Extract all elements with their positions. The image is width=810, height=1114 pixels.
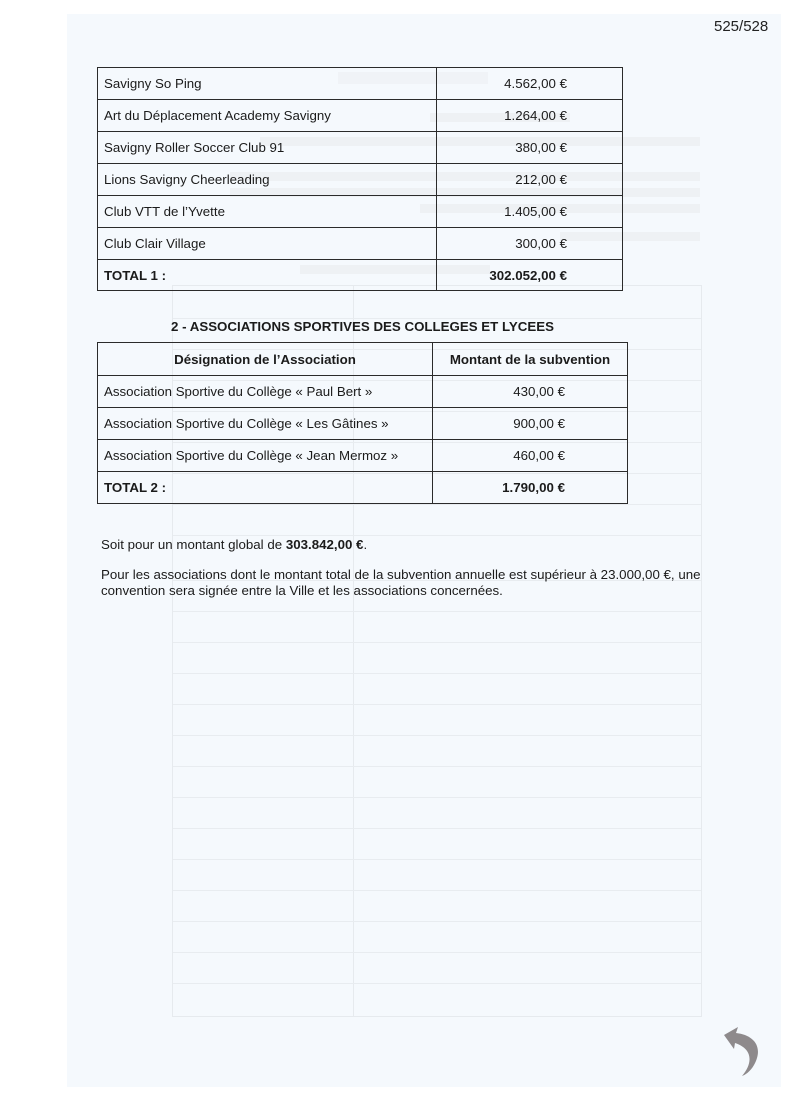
association-name: Savigny Roller Soccer Club 91 [98, 132, 437, 164]
back-arrow-icon[interactable] [720, 1025, 770, 1080]
summary-prefix: Soit pour un montant global de [101, 537, 286, 552]
subsidy-amount: 1.405,00 € [437, 196, 623, 228]
table-row: Art du Déplacement Academy Savigny 1.264… [98, 100, 623, 132]
summary-suffix: . [363, 537, 367, 552]
total-label: TOTAL 1 : [98, 260, 437, 291]
column-header-designation: Désignation de l’Association [98, 343, 433, 376]
association-name: Art du Déplacement Academy Savigny [98, 100, 437, 132]
subsidy-amount: 900,00 € [433, 408, 628, 440]
subsidy-amount: 4.562,00 € [437, 68, 623, 100]
section-title: 2 - ASSOCIATIONS SPORTIVES DES COLLEGES … [97, 319, 628, 334]
subsidy-amount: 380,00 € [437, 132, 623, 164]
subsidy-amount: 1.264,00 € [437, 100, 623, 132]
school-sports-associations-table: Désignation de l’Association Montant de … [97, 342, 628, 504]
page-number: 525/528 [714, 18, 768, 35]
global-amount-sentence: Soit pour un montant global de 303.842,0… [101, 537, 367, 552]
convention-note: Pour les associations dont le montant to… [101, 567, 721, 599]
total-row: TOTAL 1 : 302.052,00 € [98, 260, 623, 291]
total-amount: 1.790,00 € [433, 472, 628, 504]
subsidy-amount: 460,00 € [433, 440, 628, 472]
total-row: TOTAL 2 : 1.790,00 € [98, 472, 628, 504]
association-name: Club Clair Village [98, 228, 437, 260]
total-amount: 302.052,00 € [437, 260, 623, 291]
table-row: Club Clair Village 300,00 € [98, 228, 623, 260]
association-name: Lions Savigny Cheerleading [98, 164, 437, 196]
column-header-amount: Montant de la subvention [433, 343, 628, 376]
association-name: Association Sportive du Collège « Jean M… [98, 440, 433, 472]
table-row: Lions Savigny Cheerleading 212,00 € [98, 164, 623, 196]
subsidy-amount: 212,00 € [437, 164, 623, 196]
subsidy-amount: 300,00 € [437, 228, 623, 260]
subsidy-amount: 430,00 € [433, 376, 628, 408]
association-name: Club VTT de l’Yvette [98, 196, 437, 228]
table-row: Savigny So Ping 4.562,00 € [98, 68, 623, 100]
total-label: TOTAL 2 : [98, 472, 433, 504]
table-row: Association Sportive du Collège « Les Gâ… [98, 408, 628, 440]
association-name: Association Sportive du Collège « Les Gâ… [98, 408, 433, 440]
global-amount: 303.842,00 € [286, 537, 364, 552]
table-row: Savigny Roller Soccer Club 91 380,00 € [98, 132, 623, 164]
table-row: Club VTT de l’Yvette 1.405,00 € [98, 196, 623, 228]
table-header-row: Désignation de l’Association Montant de … [98, 343, 628, 376]
association-name: Savigny So Ping [98, 68, 437, 100]
table-row: Association Sportive du Collège « Paul B… [98, 376, 628, 408]
sports-associations-table-1: Savigny So Ping 4.562,00 € Art du Déplac… [97, 67, 623, 291]
association-name: Association Sportive du Collège « Paul B… [98, 376, 433, 408]
table-row: Association Sportive du Collège « Jean M… [98, 440, 628, 472]
